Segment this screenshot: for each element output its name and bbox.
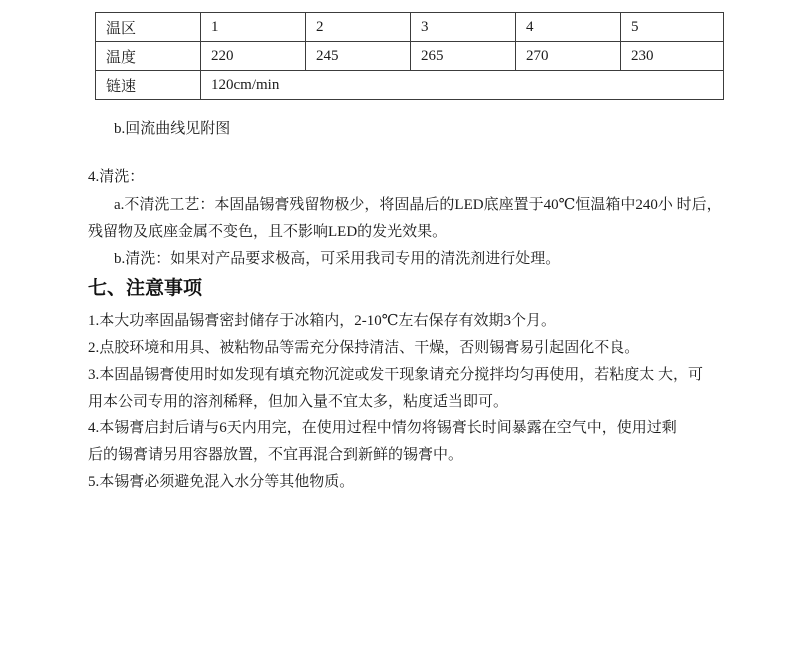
temperature-cell-4: 270 <box>516 42 621 71</box>
row-label-chain-speed: 链速 <box>96 71 201 100</box>
note-item-3-line1: 3.本固晶锡膏使用时如发现有填充物沉淀或发干现象请充分搅拌均匀再使用，若粘度太 … <box>88 365 703 385</box>
zone-cell-5: 5 <box>621 13 724 42</box>
temperature-profile-table: 温区 1 2 3 4 5 温度 220 245 265 270 230 链速 1… <box>95 12 724 100</box>
zone-cell-4: 4 <box>516 13 621 42</box>
note-item-4-line2: 后的锡膏请另用容器放置，不宜再混合到新鲜的锡膏中。 <box>88 445 463 465</box>
row-label-temperature: 温度 <box>96 42 201 71</box>
temperature-cell-3: 265 <box>411 42 516 71</box>
temperature-cell-2: 245 <box>306 42 411 71</box>
no-clean-paragraph-line2: 残留物及底座金属不变色，且不影响LED的发光效果。 <box>88 222 447 242</box>
temperature-cell-5: 230 <box>621 42 724 71</box>
note-item-1: 1.本大功率固晶锡膏密封储存于冰箱内，2-10℃左右保存有效期3个月。 <box>88 311 556 331</box>
table-row-chain-speed: 链速 120cm/min <box>96 71 724 100</box>
table-row-temperatures: 温度 220 245 265 270 230 <box>96 42 724 71</box>
note-item-3-line2: 用本公司专用的溶剂稀释，但加入量不宜太多，粘度适当即可。 <box>88 392 508 412</box>
temperature-cell-1: 220 <box>201 42 306 71</box>
table-row-zones: 温区 1 2 3 4 5 <box>96 13 724 42</box>
document-page: 温区 1 2 3 4 5 温度 220 245 265 270 230 链速 1… <box>0 0 801 651</box>
note-item-4-line1: 4.本锡膏启封后请与6天内用完，在使用过程中情勿将锡膏长时间暴露在空气中，使用过… <box>88 418 677 438</box>
zone-cell-2: 2 <box>306 13 411 42</box>
chain-speed-value: 120cm/min <box>201 71 724 100</box>
reflow-curve-note: b.回流曲线见附图 <box>114 119 230 139</box>
clean-paragraph: b.清洗：如果对产品要求极高，可采用我司专用的清洗剂进行处理。 <box>114 249 560 269</box>
note-item-5: 5.本锡膏必须避免混入水分等其他物质。 <box>88 472 354 492</box>
row-label-zone: 温区 <box>96 13 201 42</box>
zone-cell-1: 1 <box>201 13 306 42</box>
no-clean-paragraph-line1: a.不清洗工艺：本固晶锡膏残留物极少，将固晶后的LED底座置于40℃恒温箱中24… <box>114 195 722 215</box>
zone-cell-3: 3 <box>411 13 516 42</box>
note-item-2: 2.点胶环境和用具、被粘物品等需充分保持清洁、干燥，否则锡膏易引起固化不良。 <box>88 338 639 358</box>
section-heading-notes: 七、注意事项 <box>88 273 202 300</box>
cleaning-section-title: 4.清洗： <box>88 167 144 187</box>
